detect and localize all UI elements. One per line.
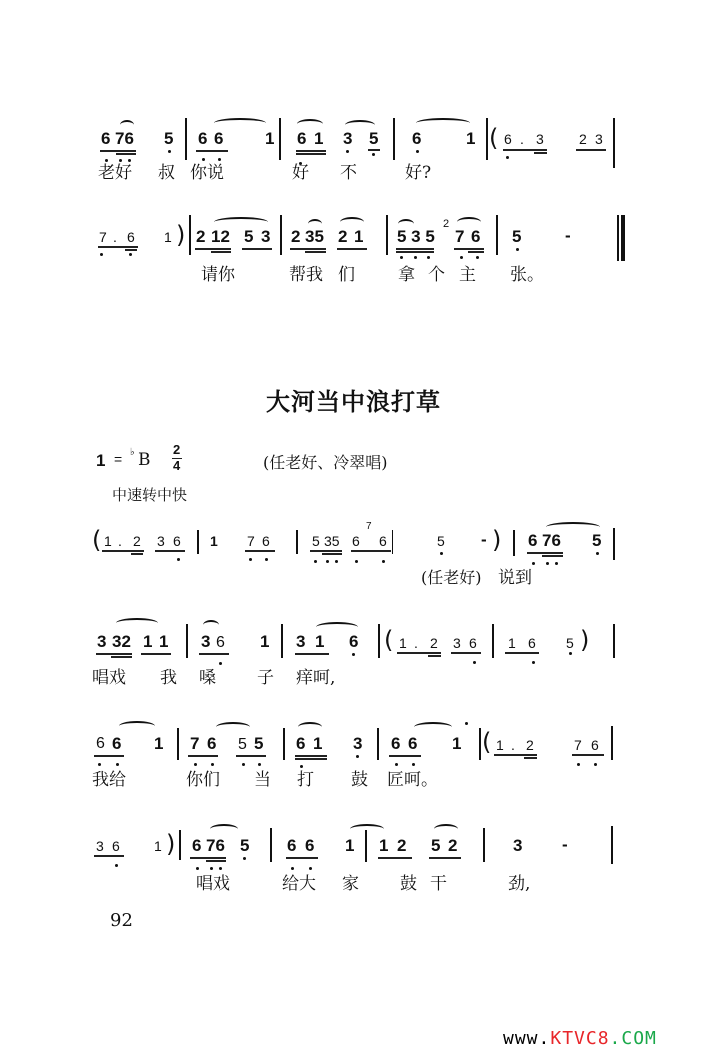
note: 6 [198,130,207,148]
barline [486,118,488,160]
note: 6 [528,634,536,652]
slur [116,618,158,628]
underline [141,653,171,655]
low-dot [346,150,349,153]
slur [298,722,322,732]
low-dot [211,763,214,766]
note: 7 [247,532,255,550]
lyric: 张。 [510,265,544,285]
underline [396,251,434,253]
underline [527,552,563,554]
low-dot [352,653,355,656]
note: 1 [154,837,162,855]
note: 3 [96,837,104,855]
note: 2 [579,130,587,148]
note: 1 [345,837,354,855]
note: 6 [127,228,135,246]
low-dot [196,867,199,870]
low-dot [460,256,463,259]
underline [116,153,136,155]
low-dot [427,256,430,259]
barline [185,118,187,160]
low-dot [372,153,375,156]
low-dot [128,159,131,162]
underline [195,248,231,250]
barline [197,530,199,554]
note: 2 [133,532,141,550]
barline [186,624,188,658]
prev-song-system-1: 6 76 5 6 6 1 6 1 3 5 6 1 ( 6 . 3 2 3 老好 … [0,118,710,188]
low-dot [412,763,415,766]
note: 76 [206,837,225,855]
close-paren: ) [176,223,185,247]
low-dot [100,253,103,256]
note: 6 [112,735,121,753]
note: 3 [343,130,352,148]
final-barline [621,215,625,261]
note: . [520,130,524,148]
underline [188,755,218,757]
low-dot [532,661,535,664]
note: 76 [115,130,134,148]
underline [242,248,272,250]
lyric: 唱戏 [92,668,126,688]
slur [457,217,481,227]
note: 6 [391,735,400,753]
grace-note: 7 [366,518,372,536]
low-dot [506,156,509,159]
underline [111,656,132,658]
high-dot [465,722,468,725]
underline [397,652,441,654]
underline [190,857,226,859]
note: 6 [349,633,358,651]
note: 2 [338,228,347,246]
low-dot [291,867,294,870]
slur [203,620,219,630]
note: 5 [592,532,601,550]
note: 5 [244,228,253,246]
dash: - [481,531,487,549]
lyric: 我 [160,668,177,688]
note: 1 [399,634,407,652]
note: 1 [314,130,323,148]
note: 1 [154,735,163,753]
note: 3 [97,633,106,651]
note: 5 [566,634,574,652]
lyric: 嗓 [199,668,216,688]
lyric: 干 [430,874,447,894]
underline [542,555,563,557]
lyric: 唱戏 [196,874,230,894]
note: 6 [207,735,216,753]
note: 3 [353,735,362,753]
low-dot [414,256,417,259]
note: 5 [164,130,173,148]
note: . [118,532,122,550]
note: 1 [508,634,516,652]
underline [378,857,412,859]
watermark: www.ktvc8.com [503,1028,657,1049]
low-dot [219,867,222,870]
note: 5 [312,532,320,550]
note: 7 [455,228,464,246]
slur [216,722,250,732]
low-dot [516,248,519,251]
barline [392,530,393,554]
barline [280,215,282,255]
note: 5 [369,130,378,148]
low-dot [416,150,419,153]
low-dot [355,560,358,563]
barline [386,215,388,255]
flat-sign: ♭ [130,444,135,462]
note: 1 [452,735,461,753]
note: 3 [201,633,210,651]
note: 5 [238,736,247,754]
note: 6 [101,130,110,148]
note: 2 [430,634,438,652]
lyric: 我给 [92,770,126,790]
note: 1 [104,532,112,550]
lyric: 鼓 [400,874,417,894]
barline [483,828,485,862]
note: 6 [214,130,223,148]
underline [396,248,434,250]
low-dot [300,765,303,768]
note: 7 [574,736,582,754]
key-signature: 1 = ♭ B 2 4 [96,446,236,476]
underline [102,550,144,552]
watermark-prefix: www. [503,1028,550,1049]
underline [503,149,547,151]
slur [316,622,358,632]
lyric: 子 [257,668,274,688]
note: 6 [216,634,225,652]
note: 6 [352,532,360,550]
underline [94,755,124,757]
low-dot [210,867,213,870]
singers-credit: (任老好、冷翠唱) [263,450,388,473]
note: 3 [296,633,305,651]
slur [416,118,470,128]
song-system-3: 6 6 1 7 6 5 5 6 1 3 6 6 1 ( 1 . 2 7 6 我给… [0,720,710,795]
underline [286,857,318,859]
watermark-suffix: .com [610,1028,657,1049]
slur [345,120,375,130]
low-dot [546,562,549,565]
barline [189,215,191,255]
low-dot [356,755,359,758]
low-dot [577,763,580,766]
note: 35 [305,228,324,246]
prev-song-system-2: 7 . 6 1 ) 2 12 5 3 2 35 2 1 5 3 5 2 7 6 … [0,215,710,290]
note: 2 [448,837,457,855]
slur [340,217,364,227]
underline [368,149,380,151]
underline [295,653,329,655]
note: 1 [379,837,388,855]
slur [214,118,266,128]
underline [199,653,229,655]
dash: - [562,836,568,854]
note: 2 [196,228,205,246]
underline [131,553,143,555]
underline [155,550,185,552]
lyric: 说到 [498,568,532,588]
note: 6 [591,736,599,754]
note: 5 [437,532,445,550]
lyric: 个 [428,265,445,285]
time-sig-bottom: 4 [173,457,180,475]
underline [468,251,484,253]
note: 76 [542,532,561,550]
underline [295,755,327,757]
close-paren: ) [580,628,589,652]
key-equals: = [114,450,122,468]
underline [454,248,484,250]
song-system-1: ( 1 . 2 3 6 1 7 6 5 35 6 7 6 5 - ) 6 76 … [0,522,710,592]
underline [290,248,326,250]
underline [296,150,326,152]
note: 12 [211,228,230,246]
lyric: 当 [254,770,271,790]
note: 1 [210,532,218,550]
note: 6 [296,735,305,753]
note: . [511,736,515,754]
note: 3 [595,130,603,148]
low-dot [265,558,268,561]
low-dot [249,558,252,561]
lyric: 请你 [201,265,235,285]
underline [322,553,342,555]
low-dot [243,857,246,860]
barline [365,830,367,862]
note: 1 [265,130,274,148]
underline [206,860,226,862]
low-dot [382,560,385,563]
lyric: 们 [338,265,355,285]
low-dot [119,159,122,162]
note: 2 [397,837,406,855]
note: 6 [112,837,120,855]
barline [179,830,181,860]
note: 5 3 5 [397,228,435,246]
underline [125,249,137,251]
underline [305,251,326,253]
lyric: 家 [342,874,359,894]
barline [296,530,298,554]
underline [245,550,275,552]
barline [378,624,380,658]
lyric: 叔 [158,163,175,183]
low-dot [242,763,245,766]
underline [196,150,228,152]
note: 6 [297,130,306,148]
close-paren: ) [492,528,501,552]
note: 2 [526,736,534,754]
underline [429,857,461,859]
note: 6 [469,634,477,652]
grace-note: 2 [443,215,449,233]
slur [297,119,323,129]
note: 1 [164,228,172,246]
close-paren: ) [166,832,175,856]
note: 1 [315,633,324,651]
lyric: 主 [459,265,476,285]
note: 32 [112,633,131,651]
low-dot [476,256,479,259]
song-title: 大河当中浪打草 [266,382,441,417]
note: 6 [305,837,314,855]
open-paren: ( [384,628,393,652]
note: 6 [192,837,201,855]
page-number: 92 [110,910,133,931]
note: 3 [261,228,270,246]
note: 1 [260,633,269,651]
low-dot [440,552,443,555]
low-dot [473,661,476,664]
barline [613,528,615,560]
underline [96,653,132,655]
low-dot [395,763,398,766]
note: 1 [466,130,475,148]
lyric: 你说 [190,163,224,183]
note: 6 [504,130,512,148]
low-dot [116,763,119,766]
barline [611,726,613,760]
note: 35 [324,532,340,550]
barline [613,624,615,658]
underline [494,754,537,756]
barline [492,624,494,658]
lyric: 不 [340,163,357,183]
speaker-label: (任老好) [421,568,482,588]
song-system-4: 3 6 1 ) 6 76 5 6 6 1 1 2 5 2 3 - 唱戏 给大 家… [0,822,710,897]
underline [576,149,606,151]
slur [434,824,458,834]
open-paren: ( [489,126,498,150]
low-dot [105,159,108,162]
lyric: 拿 [398,265,415,285]
note: 3 [157,532,165,550]
note: 6 [412,130,421,148]
barline [283,728,285,760]
note: 3 [513,837,522,855]
low-dot [202,158,205,161]
note: 1 [159,633,168,651]
underline [451,652,481,654]
lyric: 痒呵, [296,668,335,688]
watermark-brand: ktvc8 [550,1028,609,1049]
song-system-2: 3 32 1 1 3 6 1 3 1 6 ( 1 . 2 3 6 1 6 5 )… [0,618,710,693]
low-dot [400,256,403,259]
underline [211,251,231,253]
low-dot [98,763,101,766]
slur [308,219,322,229]
barline [613,118,615,168]
underline [295,758,327,760]
barline [479,728,481,760]
slur [210,824,238,834]
low-dot [555,562,558,565]
key-letter: B [138,451,151,469]
barline [393,118,395,160]
open-paren: ( [92,528,101,552]
underline [572,754,604,756]
barline [177,728,179,760]
low-dot [115,864,118,867]
barline [279,118,281,160]
low-dot [218,158,221,161]
underline [505,652,539,654]
low-dot [219,662,222,665]
underline [351,550,391,552]
underline [296,153,326,155]
note: 6 [379,532,387,550]
low-dot [335,560,338,563]
low-dot [314,560,317,563]
low-dot [194,763,197,766]
note: 2 [291,228,300,246]
lyric: 你们 [186,770,220,790]
note: 6 [262,532,270,550]
underline [389,755,421,757]
barline [611,826,613,864]
slur [398,219,414,229]
note: 6 [471,228,480,246]
low-dot [594,763,597,766]
slur [119,721,155,731]
barline [281,624,283,658]
low-dot [258,763,261,766]
note: 6 [96,735,105,753]
barline [617,215,619,261]
low-dot [596,552,599,555]
lyric: 匠呵。 [387,770,438,790]
lyric: 鼓 [351,770,368,790]
low-dot [309,867,312,870]
lyric: 给大 [282,874,316,894]
note: 5 [240,837,249,855]
lyric: 好 [292,163,309,183]
barline [496,215,498,255]
key-tonic: 1 [96,452,105,470]
lyric: 劲, [508,874,530,894]
underline [524,757,537,759]
dash: - [565,227,571,245]
underline [428,655,441,657]
underline [98,246,138,248]
note: 5 [254,735,263,753]
slur [120,120,134,130]
slur [350,824,384,834]
low-dot [532,562,535,565]
tempo-marking: 中速转中快 [112,484,187,505]
barline [513,530,515,556]
note: 1 [354,228,363,246]
slur [414,722,452,732]
note: 6 [528,532,537,550]
underline [94,855,124,857]
barline [377,728,379,760]
note: 6 [287,837,296,855]
note: 6 [408,735,417,753]
low-dot [326,560,329,563]
lyric: 打 [297,770,314,790]
underline [337,248,367,250]
note: 1 [143,633,152,651]
